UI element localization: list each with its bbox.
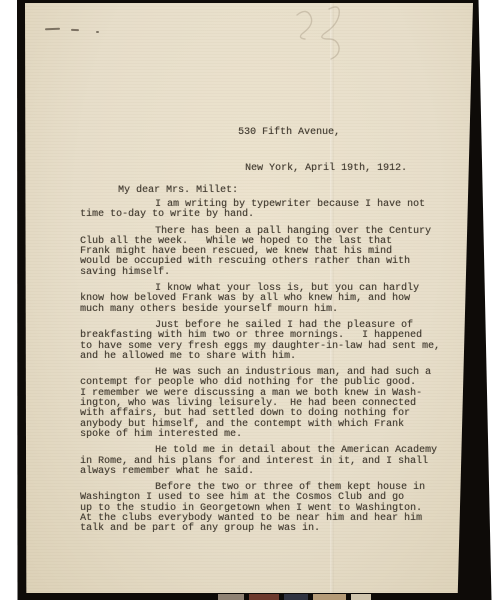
scanned-letter-photo: 530 Fifth Avenue, New York, April 19th, … [0,0,500,600]
letter-line: He told me in detail about the American … [80,446,452,456]
pen-mark [96,31,99,33]
letter-line: spoke of him interested me. [80,430,452,440]
paragraph: Before the two or three of them kept hou… [80,483,452,534]
pen-mark [71,29,79,31]
paragraph: He told me in detail about the American … [80,446,452,477]
paragraph: Just before he sailed I had the pleasure… [80,321,452,362]
letter-line: time to-day to write by hand. [80,210,452,220]
letter-line: saving himself. [80,268,452,278]
salutation: My dear Mrs. Millet: [118,185,238,197]
letter-paper: 530 Fifth Avenue, New York, April 19th, … [25,3,473,593]
letter-heading: 530 Fifth Avenue, New York, April 19th, … [238,103,407,199]
photo-fragment [249,594,279,600]
letter-line: always remember what he said. [80,467,452,477]
next-photo-edge [218,594,371,600]
paragraph: There has been a pall hanging over the C… [80,227,452,278]
pencil-mark [277,3,387,63]
pen-mark [45,28,60,31]
letter-line: much many others beside yourself mourn h… [80,305,452,315]
date-line: New York, April 19th, 1912. [245,163,407,175]
photo-fragment [351,594,371,600]
photo-fragment [284,594,308,600]
letter-line: talk and be part of any group he was in. [80,524,452,534]
letter-body: I am writing by typewriter because I hav… [80,200,452,541]
paragraph: I am writing by typewriter because I hav… [80,200,452,221]
address-line: 530 Fifth Avenue, [238,127,407,139]
paragraph: He was such an industrious man, and had … [80,368,452,440]
paragraph: I know what your loss is, but you can ha… [80,284,452,315]
photo-fragment [313,594,346,600]
letter-line: and he allowed me to share with him. [80,352,452,362]
photo-fragment [218,594,244,600]
